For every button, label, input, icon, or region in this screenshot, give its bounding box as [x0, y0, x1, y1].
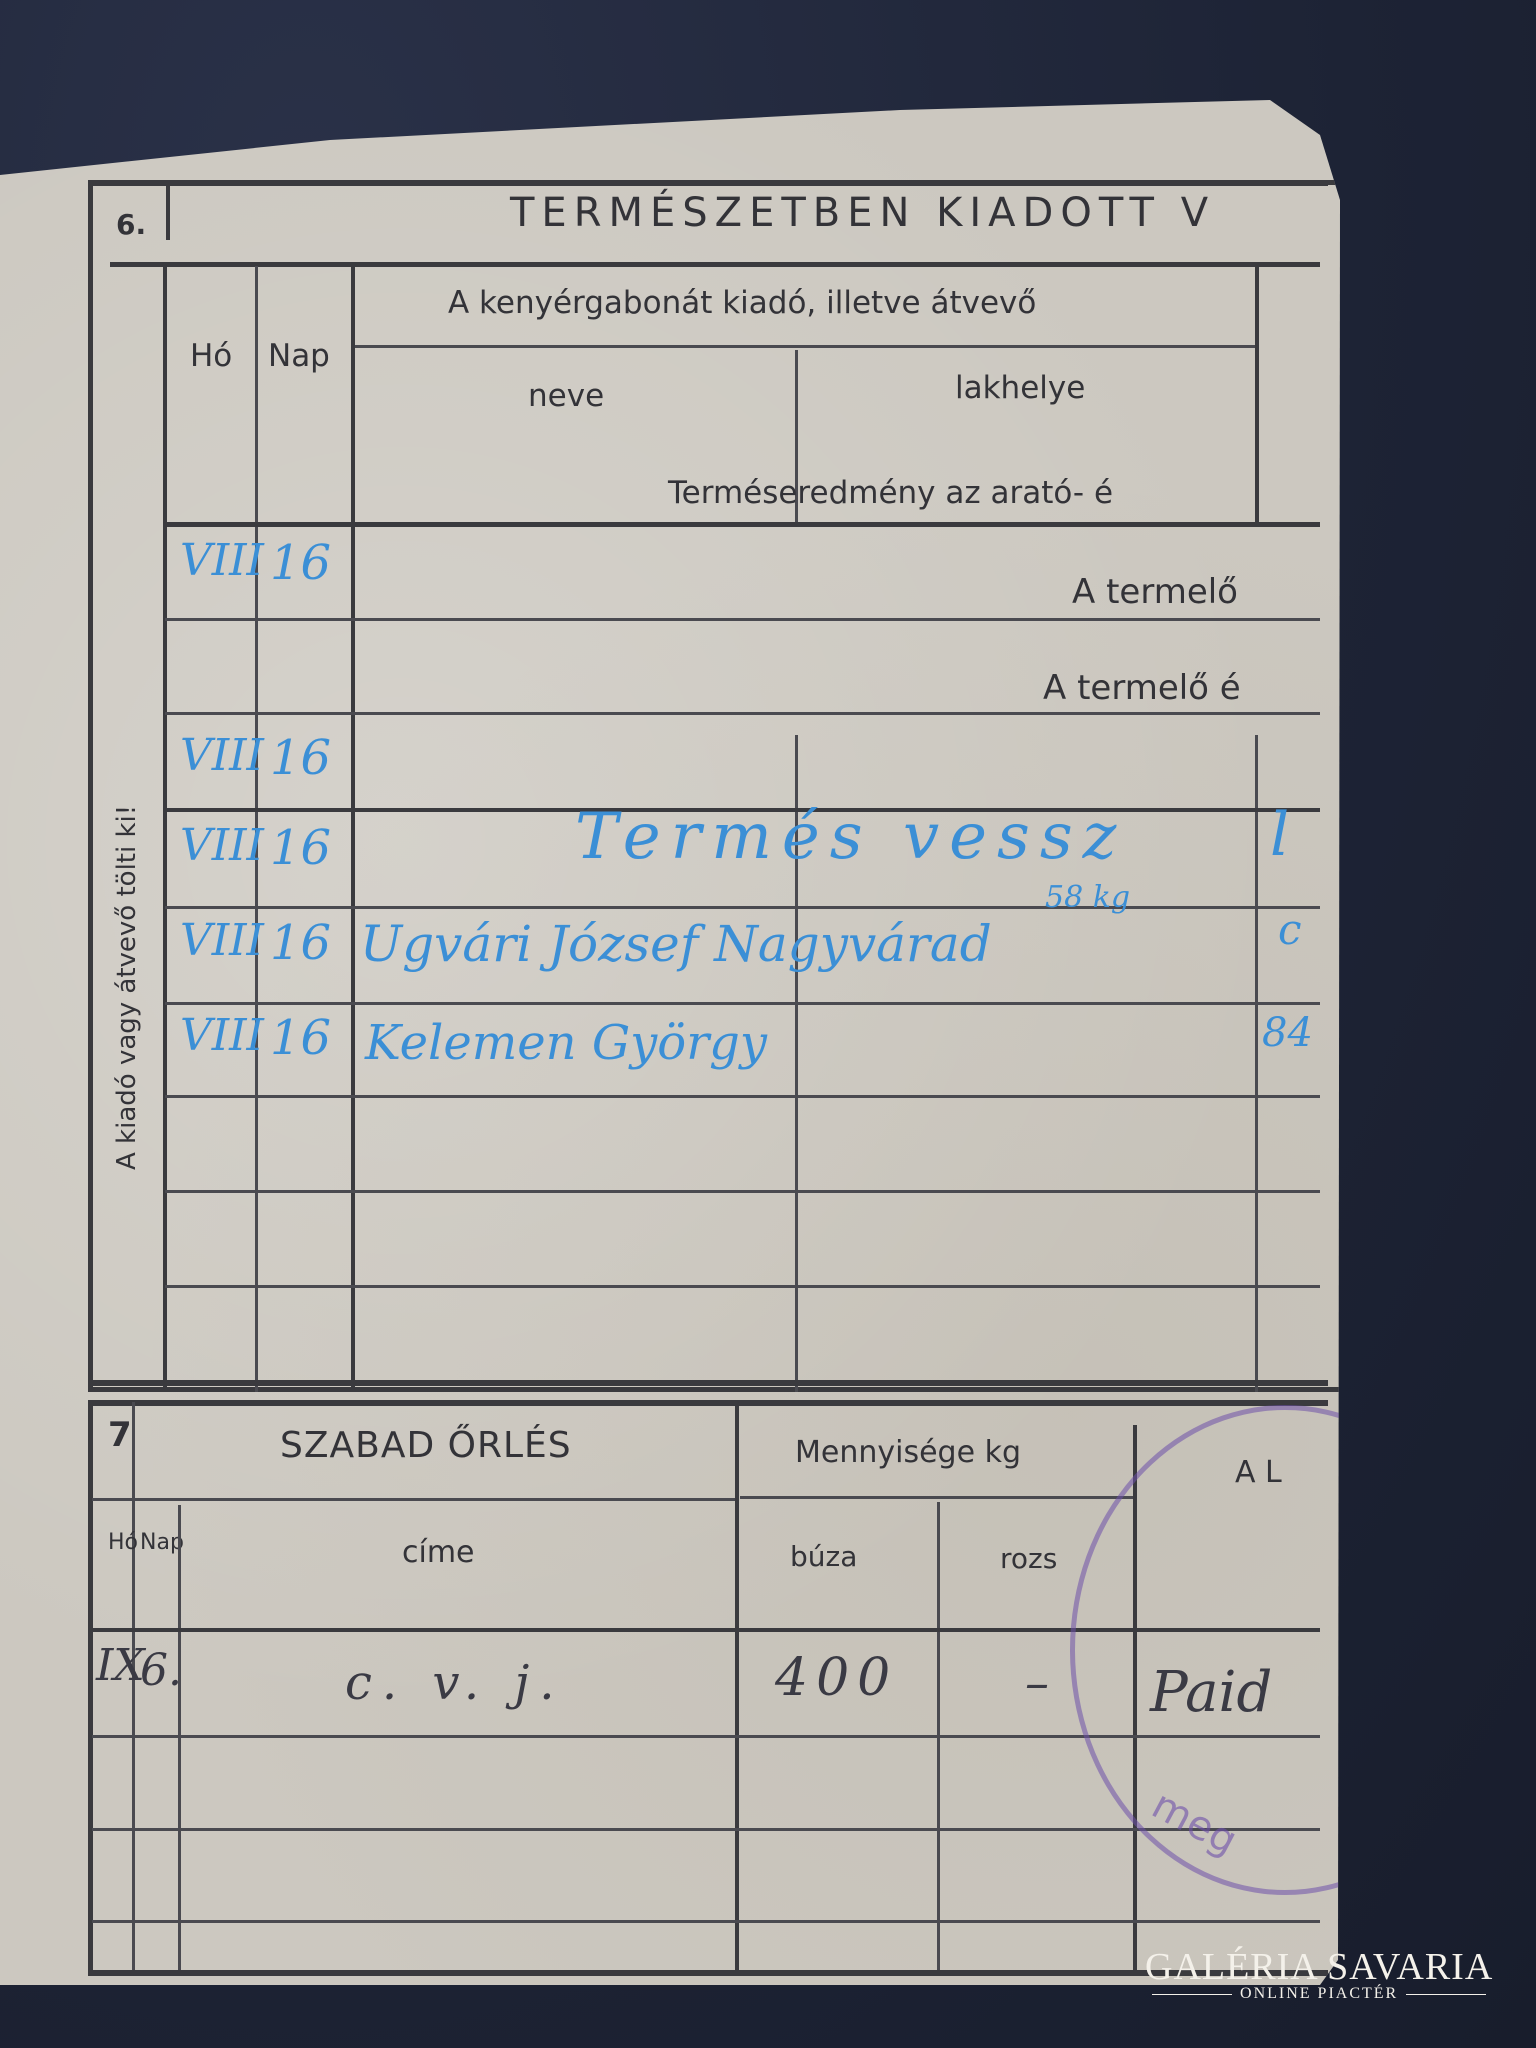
section7-title: SZABAD ŐRLÉS	[280, 1425, 572, 1466]
watermark-rule-right	[1406, 1994, 1486, 1995]
col-rule-3	[351, 266, 355, 1392]
s7-header-wheat: búza	[790, 1540, 857, 1573]
row-6-day: 16	[270, 1010, 331, 1066]
s7-row-month: IX	[96, 1640, 145, 1691]
section6-top-rule	[88, 180, 1328, 186]
row-4-extra: l	[1270, 800, 1289, 870]
col-rule-right-lower	[1255, 735, 1258, 1392]
col-rule-1	[163, 266, 167, 1392]
col-rule	[735, 1402, 739, 1972]
col-rule-right	[1255, 266, 1259, 522]
header-bottom-rule	[165, 522, 1320, 527]
quantity-header: Mennyisége kg	[795, 1435, 1021, 1470]
header-group: A kenyérgabonát kiadó, illetve átvevő	[448, 285, 1036, 321]
side-label: A kiadó vagy átvevő tölti ki!	[112, 805, 142, 1170]
row-3-day: 16	[270, 730, 331, 786]
col-rule	[178, 1505, 181, 1975]
row-3-month: VIII	[180, 730, 264, 781]
section7-bottom-rule	[88, 1970, 1328, 1976]
row-rule	[165, 712, 1320, 715]
row-4-day: 16	[270, 820, 331, 876]
row-4-text: Termés vessz	[575, 800, 1126, 874]
section7-left-rule	[88, 1400, 93, 1975]
row-5-extra: c	[1278, 905, 1302, 954]
row-rule	[165, 906, 1320, 909]
header-day: Nap	[268, 338, 330, 374]
document-card: 6. TERMÉSZETBEN KIADOTT V A kiadó vagy á…	[0, 80, 1340, 1985]
s7-header-rye: rozs	[1000, 1542, 1057, 1575]
watermark-logo: GALÉRIA SAVARIA ONLINE PIACTÉR	[1145, 1945, 1493, 2003]
s7-row-rye: –	[1025, 1655, 1049, 1711]
s7-row-day: 6.	[140, 1645, 182, 1696]
row-5-day: 16	[270, 915, 331, 971]
watermark-rule-left	[1152, 1994, 1232, 1995]
printed-row-3: A termelő é	[1043, 668, 1241, 708]
row-rule	[165, 1285, 1320, 1288]
row-rule	[92, 1828, 1320, 1831]
row-5-month: VIII	[180, 915, 264, 966]
printed-row-2: A termelő	[1072, 572, 1238, 612]
row-5-note: 58 kg	[1045, 880, 1130, 915]
row-rule	[165, 1190, 1320, 1193]
row-6-month: VIII	[180, 1010, 264, 1061]
header-name: neve	[528, 378, 604, 414]
watermark-brand: GALÉRIA SAVARIA	[1145, 1945, 1493, 1989]
title-underline	[110, 262, 1320, 267]
watermark-subtitle: ONLINE PIACTÉR	[1240, 1985, 1398, 2003]
section7-top-rule	[88, 1400, 1328, 1406]
header-residence: lakhelye	[955, 370, 1085, 406]
header-month: Hó	[190, 338, 232, 374]
section6-bottom-rule	[88, 1380, 1328, 1386]
section6-number: 6.	[116, 208, 146, 241]
s7-header-address: címe	[402, 1535, 475, 1570]
divider	[166, 185, 170, 240]
row-rule	[165, 618, 1320, 621]
row-5-text: Ugvári József Nagyvárad	[360, 915, 992, 973]
row-rule	[92, 1920, 1320, 1923]
printed-row-1: Terméseredmény az arató- é	[668, 475, 1113, 511]
s7-row-address: c. v. j.	[345, 1655, 564, 1711]
header-split	[740, 1496, 1133, 1499]
row-1-month: VIII	[180, 535, 264, 586]
s7-header-month: Hó	[108, 1530, 138, 1555]
header-split	[92, 1498, 735, 1501]
header-split	[355, 345, 1255, 348]
row-6-extra: 84	[1262, 1010, 1313, 1056]
row-rule	[165, 1002, 1320, 1005]
row-1-day: 16	[270, 535, 331, 591]
row-6-text: Kelemen György	[365, 1015, 767, 1071]
section7-number: 7	[108, 1415, 132, 1455]
section6-title: TERMÉSZETBEN KIADOTT V	[510, 190, 1215, 236]
s7-row-wheat: 400	[775, 1648, 898, 1708]
row-4-month: VIII	[180, 820, 264, 871]
row-rule	[165, 1095, 1320, 1098]
